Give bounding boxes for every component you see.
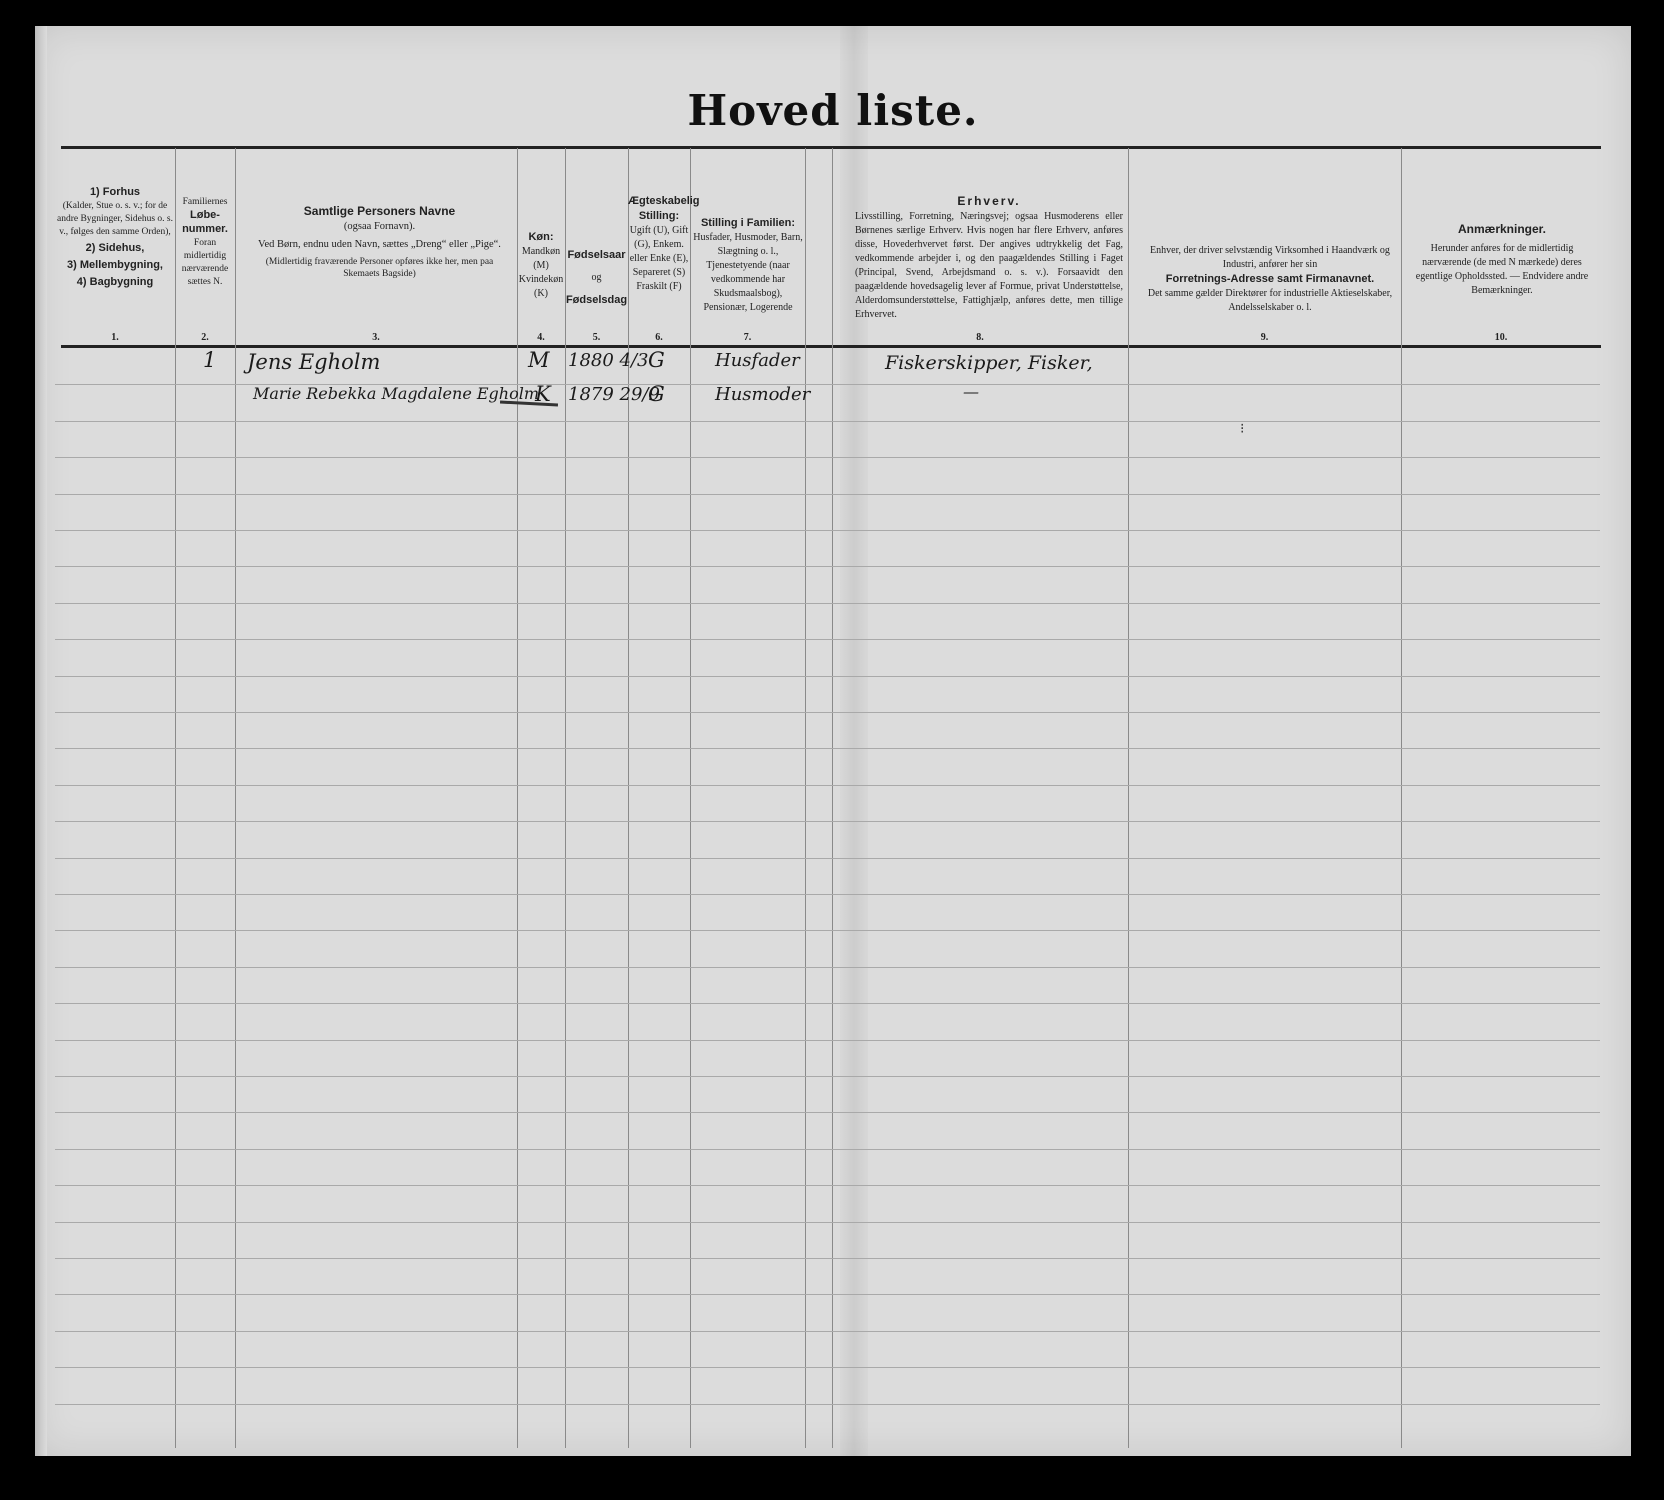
row-line [55, 1258, 1600, 1259]
column-divider [1128, 148, 1129, 1448]
row-line [55, 785, 1600, 786]
person-name: Jens Egholm [247, 350, 380, 374]
row-line [55, 530, 1600, 531]
marital-status: G [648, 348, 665, 372]
column-divider [628, 148, 629, 1448]
ink-dots: ⁝ [1240, 421, 1244, 438]
row-line [55, 1112, 1600, 1113]
column-number: 3. [235, 332, 517, 343]
column-header-7: Stilling i Familien: Husfader, Husmoder,… [692, 216, 804, 315]
birth-date: 1880 4/3 [568, 350, 649, 371]
row-line [55, 894, 1600, 895]
row-line [55, 676, 1600, 677]
column-header-8: Erhverv. Livsstilling, Forretning, Nærin… [855, 194, 1123, 322]
column-number: 4. [517, 332, 565, 343]
page-title: Hoved liste. [35, 86, 1631, 135]
row-line [55, 603, 1600, 604]
row-line [55, 1185, 1600, 1186]
column-header-4: Køn: Mandkøn (M) Kvindekøn (K) [517, 230, 565, 301]
column-header-10: Anmærkninger. Herunder anføres for de mi… [1407, 222, 1597, 298]
occupation: Fiskerskipper, Fisker, [885, 352, 1093, 374]
column-header-2: Familiernes Løbe-nummer. Foran midlertid… [177, 196, 233, 289]
row-line [55, 712, 1600, 713]
row-line [55, 858, 1600, 859]
person-name: Marie Rebekka Magdalene Egholm [253, 384, 539, 403]
column-header-9: Enhver, der driver selvstændig Virksomhe… [1145, 244, 1395, 315]
row-line [55, 494, 1600, 495]
row-line [55, 457, 1600, 458]
column-divider [175, 148, 176, 1448]
column-number: 7. [690, 332, 805, 343]
occupation: — [963, 382, 979, 401]
column-number: 8. [832, 332, 1128, 343]
family-position: Husfader [715, 350, 800, 371]
row-line [55, 1367, 1600, 1368]
column-header-3: Samtlige Personers Navne (ogsaa Fornavn)… [247, 204, 512, 280]
row-line [55, 1222, 1600, 1223]
column-number: 2. [175, 332, 235, 343]
column-divider [832, 148, 833, 1448]
header-top-rule [61, 146, 1601, 149]
marital-status: G [648, 382, 665, 406]
row-line [55, 1404, 1600, 1405]
column-header-1: 1) Forhus (Kalder, Stue o. s. v.; for de… [57, 186, 173, 290]
row-line [55, 566, 1600, 567]
column-divider [1401, 148, 1402, 1448]
column-divider [235, 148, 236, 1448]
row-line [55, 1331, 1600, 1332]
row-line [55, 1003, 1600, 1004]
column-number: 10. [1401, 332, 1601, 343]
family-position: Husmoder [715, 384, 810, 405]
sex: M [528, 348, 550, 372]
column-divider [565, 148, 566, 1448]
column-divider [690, 148, 691, 1448]
row-line [55, 967, 1600, 968]
column-divider [805, 148, 806, 1448]
row-line [55, 1076, 1600, 1077]
column-divider [517, 148, 518, 1448]
header-bottom-rule [61, 345, 1601, 348]
column-number: 9. [1128, 332, 1401, 343]
row-line [55, 1040, 1600, 1041]
row-line [55, 421, 1600, 422]
column-number: 6. [628, 332, 690, 343]
birth-date: 1879 29/9 [568, 384, 660, 405]
row-line [55, 748, 1600, 749]
row-line [55, 1149, 1600, 1150]
column-header-6: Ægteskabelig Stilling: Ugift (U), Gift (… [628, 194, 690, 294]
column-header-5: Fødselsaar og Fødselsdag [565, 244, 628, 312]
row-line [55, 639, 1600, 640]
census-form-page: Hoved liste. 1) Forhus (Kalder, Stue o. … [35, 26, 1631, 1456]
row-line [55, 821, 1600, 822]
column-number: 5. [565, 332, 628, 343]
row-line [55, 1294, 1600, 1295]
row-line [55, 930, 1600, 931]
column-number: 1. [57, 332, 173, 343]
family-number: 1 [203, 348, 216, 372]
